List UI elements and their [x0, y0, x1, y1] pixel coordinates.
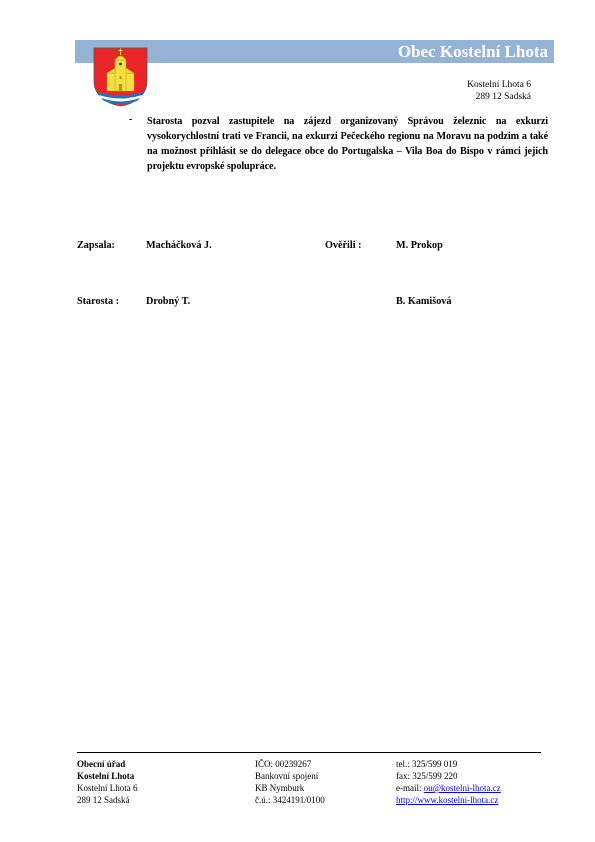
municipality-title: Obec Kostelní Lhota	[398, 41, 548, 62]
footer-office-street: Kostelní Lhota 6	[77, 782, 138, 794]
footer-email-link[interactable]: ou@kostelni-lhota.cz	[424, 783, 501, 793]
recorded-by-name: Macháčková J.	[146, 240, 212, 252]
footer-bank-name: KB Nymburk	[255, 782, 325, 794]
footer-office-name: Kostelní Lhota	[77, 770, 138, 782]
verified-by-name-1: M. Prokop	[396, 240, 443, 252]
footer-email-label: e-mail:	[396, 783, 424, 793]
bullet-dash: -	[129, 114, 132, 125]
minutes-paragraph: Starosta pozval zastupitele na zájezd or…	[147, 114, 548, 174]
footer-email-line: e-mail: ou@kostelni-lhota.cz	[396, 782, 501, 794]
footer-tel: tel.: 325/599 019	[396, 758, 501, 770]
footer-web-line: http://www.kostelni-lhota.cz	[396, 794, 501, 806]
address-city: 289 12 Sadská	[467, 91, 531, 103]
footer-contact: tel.: 325/599 019 fax: 325/599 220 e-mai…	[396, 758, 501, 806]
footer-bank: IČO: 00239267 Bankovní spojení KB Nymbur…	[255, 758, 325, 806]
footer-office: Obecní úřad Kostelní Lhota Kostelní Lhot…	[77, 758, 138, 806]
footer-account: č.ú.: 3424191/0100	[255, 794, 325, 806]
verified-by-label: Ověřili :	[325, 240, 362, 252]
mayor-name: Drobný T.	[146, 296, 190, 308]
footer-office-city: 289 12 Sadská	[77, 794, 138, 806]
recorded-by-label: Zapsala:	[77, 240, 115, 252]
verified-by-name-2: B. Kamišová	[396, 296, 451, 308]
mayor-label: Starosta :	[77, 296, 119, 308]
church-coat-of-arms-icon	[93, 47, 148, 107]
footer-divider	[77, 752, 541, 753]
address-street: Kostelní Lhota 6	[467, 79, 531, 91]
address-block: Kostelní Lhota 6 289 12 Sadská	[467, 79, 531, 103]
footer-office-title: Obecní úřad	[77, 758, 138, 770]
footer-fax: fax: 325/599 220	[396, 770, 501, 782]
footer-ico: IČO: 00239267	[255, 758, 325, 770]
footer-web-link[interactable]: http://www.kostelni-lhota.cz	[396, 795, 498, 805]
footer-bank-label: Bankovní spojení	[255, 770, 325, 782]
